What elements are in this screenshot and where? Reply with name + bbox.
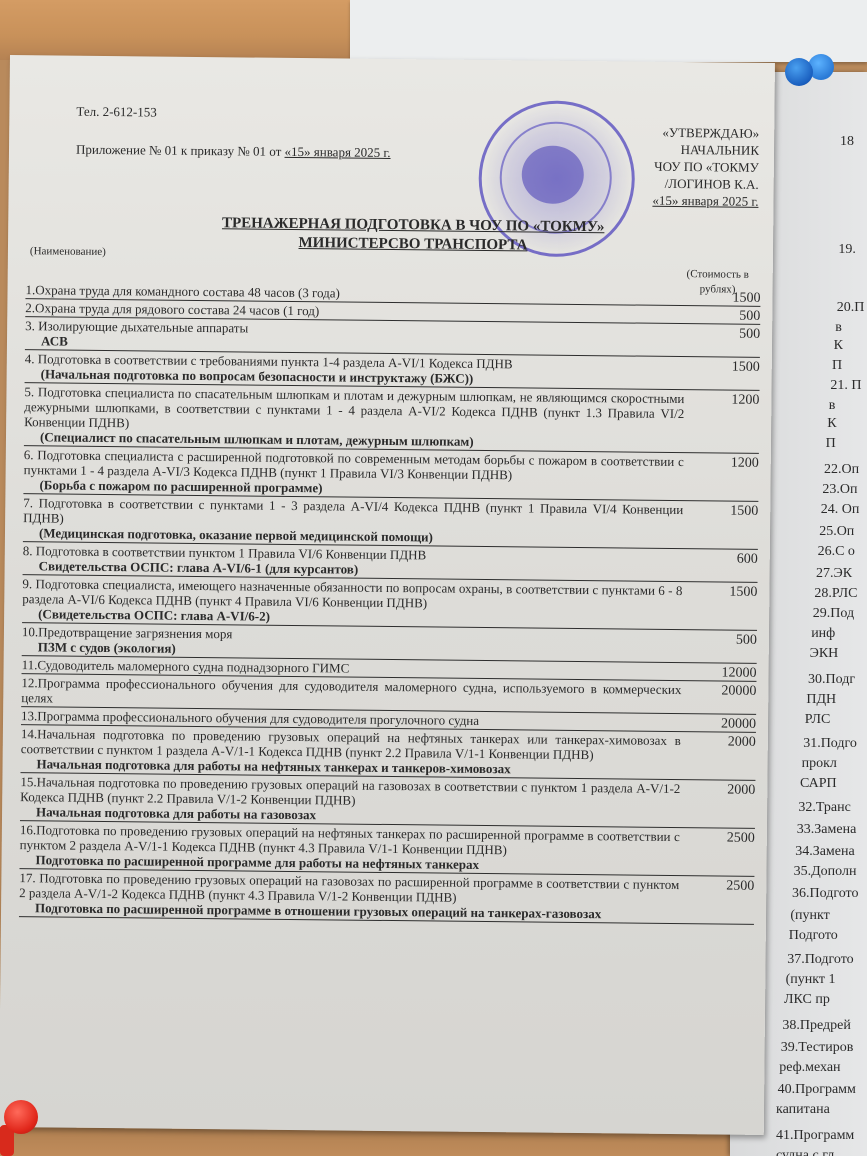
right-sheet-text-fragment: 18 (840, 134, 854, 150)
right-sheet-text-fragment: 24. Оп (821, 502, 860, 518)
table-row: 9. Подготовка специалиста, имеющего назн… (22, 575, 757, 631)
right-sheet-text-fragment: 30.Подг (808, 672, 855, 688)
course-name: 17. Подготовка по проведению грузовых оп… (19, 870, 679, 922)
course-price: 1200 (731, 456, 759, 471)
right-sheet-text-fragment: 19. (838, 242, 856, 258)
right-sheet-text-fragment: 33.Замена (797, 822, 857, 838)
approval-position: НАЧАЛЬНИК (599, 140, 759, 159)
order-annex-line: Приложение № 01 к приказу № 01 от «15» я… (76, 142, 391, 161)
seal-emblem-icon (521, 145, 584, 204)
approval-organization: ЧОУ ПО «ТОКМУ (599, 157, 759, 176)
right-sheet-text-fragment: 39.Тестиров (781, 1040, 854, 1056)
right-sheet-text-fragment: П (832, 358, 842, 374)
table-row: 14.Начальная подготовка по проведению гр… (20, 725, 755, 781)
course-price: 12000 (721, 665, 756, 680)
price-list-document: Тел. 2-612-153 Приложение № 01 к приказу… (0, 55, 775, 1135)
right-sheet-text-fragment: 23.Оп (822, 482, 857, 498)
price-table: 1.Охрана труда для командного состава 48… (19, 281, 761, 925)
right-sheet-text-fragment: 22.Оп (824, 462, 859, 478)
right-sheet-text-fragment: 29.Под (813, 606, 854, 622)
right-sheet-text-fragment: П (826, 436, 836, 452)
right-sheet-text-fragment: Подгото (789, 928, 838, 944)
approval-heading: «УТВЕРЖДАЮ» (599, 123, 759, 142)
document-title: ТРЕНАЖЕРНАЯ ПОДГОТОВКА В ЧОУ ПО «ТОКМУ» … (178, 214, 648, 257)
course-price: 500 (736, 633, 757, 648)
right-sheet-text-fragment: К (827, 416, 836, 432)
right-sheet-text-fragment: 31.Подго (803, 736, 857, 752)
course-short-title: Подготовка по расширенной программе в от… (19, 900, 679, 922)
course-name: 14.Начальная подготовка по проведению гр… (21, 726, 681, 778)
right-sheet-text-fragment: в (829, 398, 836, 414)
course-name: 16.Подготовка по проведению грузовых опе… (19, 822, 679, 874)
right-sheet-text-fragment: САРП (800, 776, 837, 792)
right-sheet-text-fragment: 41.Программ (776, 1128, 854, 1144)
right-sheet-text-fragment: 21. П (830, 378, 861, 394)
course-price: 1500 (730, 504, 758, 519)
right-sheet-text-fragment: 35.Дополн (794, 864, 857, 880)
blue-pushpin-icon (785, 58, 813, 86)
course-price: 500 (739, 327, 760, 342)
right-sheet-text-fragment: капитана (776, 1102, 830, 1118)
right-sheet-text-fragment: в (835, 320, 842, 336)
course-price: 1500 (732, 291, 760, 306)
course-price: 2000 (727, 783, 755, 798)
right-sheet-text-fragment: 34.Замена (795, 844, 855, 860)
phone-number: Тел. 2-612-153 (76, 104, 157, 121)
table-row: 16.Подготовка по проведению грузовых опе… (19, 821, 754, 877)
right-sheet-text-fragment: инф (811, 626, 835, 642)
right-sheet-text-fragment: 40.Программ (778, 1082, 856, 1098)
right-sheet-text-fragment: 26.С о (818, 544, 855, 560)
course-description: 16.Подготовка по проведению грузовых опе… (20, 822, 680, 857)
right-sheet-text-fragment: ЛКС пр (784, 992, 830, 1008)
course-description: 15.Начальная подготовка по проведению гр… (20, 774, 680, 808)
right-sheet-text-fragment: (пункт 1 (786, 972, 836, 988)
right-sheet-text-fragment: 37.Подгото (787, 952, 853, 968)
annex-prefix: Приложение № 01 к приказу № 01 от (76, 142, 285, 159)
course-description: 7. Подготовка в соответствии с пунктами … (23, 495, 683, 525)
table-row: 5. Подготовка специалиста по спасательны… (24, 383, 760, 454)
course-name: 8. Подготовка в соответствии пунктом 1 П… (23, 543, 683, 580)
course-name: 10.Предотвращение загрязнения моряПЗМ с … (22, 624, 682, 661)
course-name: 9. Подготовка специалиста, имеющего назн… (22, 576, 682, 628)
course-description: 6. Подготовка специалиста с расширенной … (24, 447, 684, 482)
course-description: 12.Программа профессионального обучения … (21, 675, 681, 705)
right-sheet-text-fragment: 25.Оп (819, 524, 854, 540)
course-price: 1200 (731, 393, 759, 408)
table-row: 7. Подготовка в соответствии с пунктами … (23, 494, 758, 550)
right-sheet-text-fragment: реф.механ (779, 1060, 840, 1076)
table-row: 6. Подготовка специалиста с расширенной … (23, 446, 758, 502)
table-row: 17. Подготовка по проведению грузовых оп… (19, 869, 754, 925)
right-sheet-text-fragment: ЭКН (810, 646, 839, 662)
approval-block: «УТВЕРЖДАЮ» НАЧАЛЬНИК ЧОУ ПО «ТОКМУ /ЛОГ… (598, 123, 759, 210)
course-description: 9. Подготовка специалиста, имеющего назн… (22, 576, 682, 610)
adjacent-paper-top (350, 0, 867, 62)
right-sheet-text-fragment: 27.ЭК (816, 566, 852, 582)
right-sheet-text-fragment: К (834, 338, 843, 354)
course-description: 2.Охрана труда для рядового состава 24 ч… (25, 300, 319, 318)
column-header-name: (Наименование) (30, 245, 106, 258)
right-sheet-text-fragment: прокл (802, 756, 837, 772)
course-price: 20000 (721, 716, 756, 731)
course-price: 2000 (728, 735, 756, 750)
right-sheet-text-fragment: ПДН (806, 692, 836, 708)
course-name: 12.Программа профессионального обучения … (21, 675, 681, 712)
course-price: 2500 (726, 879, 754, 894)
course-price: 20000 (721, 683, 756, 698)
course-name: 6. Подготовка специалиста с расширенной … (23, 447, 683, 499)
course-description: 1.Охрана труда для командного состава 48… (25, 282, 340, 300)
course-name: 4. Подготовка в соответствии с требовани… (25, 351, 685, 388)
course-name: 7. Подготовка в соответствии с пунктами … (23, 495, 683, 547)
course-price: 1500 (729, 585, 757, 600)
course-description: 5. Подготовка специалиста по спасательны… (24, 384, 684, 430)
right-sheet-text-fragment: 28.РЛС (814, 586, 857, 602)
table-row: 15.Начальная подготовка по проведению гр… (20, 773, 755, 829)
right-sheet-text-fragment: 36.Подгото (792, 886, 858, 902)
course-description: 17. Подготовка по проведению грузовых оп… (19, 870, 679, 905)
course-price: 2500 (727, 831, 755, 846)
right-sheet-text-fragment: РЛС (805, 712, 831, 728)
course-price: 1500 (732, 360, 760, 375)
approval-signatory: /ЛОГИНОВ К.А. (599, 174, 759, 193)
course-description: 11.Судоводитель маломерного судна поднад… (22, 657, 350, 675)
right-sheet-text-fragment: 32.Транс (798, 800, 850, 816)
course-name: 3. Изолирующие дыхательные аппаратыАСВ (25, 318, 685, 355)
red-pushpin-icon (4, 1100, 38, 1134)
right-sheet-text-fragment: 20.П (837, 300, 865, 316)
right-sheet-text-fragment: (пункт (790, 908, 829, 924)
right-sheet-text-fragment: 38.Предрей (782, 1018, 850, 1034)
course-price: 600 (737, 552, 758, 567)
course-name: 5. Подготовка специалиста по спасательны… (24, 384, 685, 451)
right-sheet-text-fragment: судна с гл (776, 1148, 834, 1156)
course-name: 15.Начальная подготовка по проведению гр… (20, 774, 680, 826)
course-price: 500 (739, 309, 760, 324)
approval-date: «15» января 2025 г. (598, 191, 758, 210)
annex-date: «15» января 2025 г. (285, 144, 391, 160)
